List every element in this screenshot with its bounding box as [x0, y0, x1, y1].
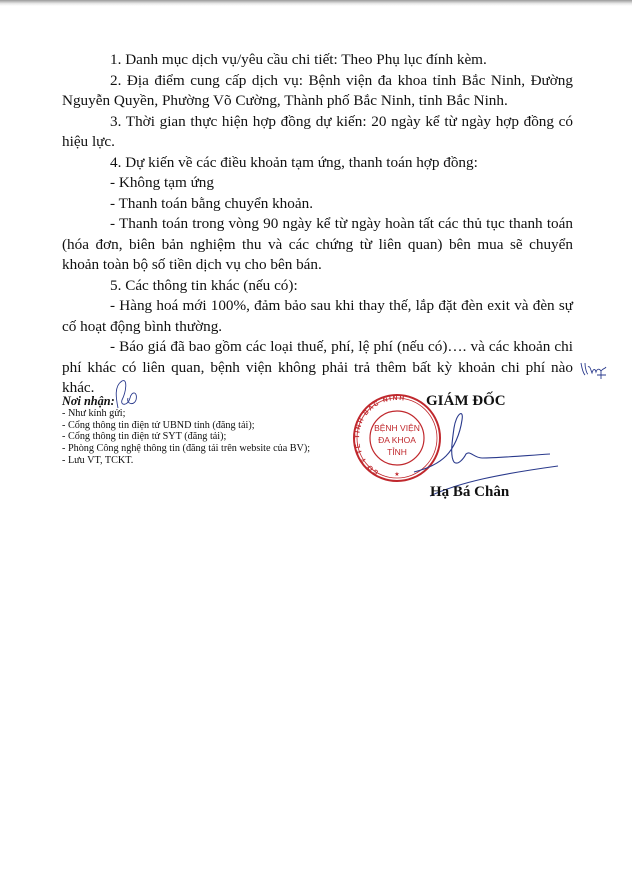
initial-stroke — [581, 363, 606, 379]
signature-block: SỞ Y TẾ TỈNH BẮC NINH BỆNH VIỆN ĐA KHOA … — [330, 388, 560, 503]
recipient-item: - Phòng Công nghệ thông tin (đăng tải tr… — [62, 443, 362, 455]
signer-name: Hạ Bá Chân — [430, 484, 509, 501]
payment-within-90-days: - Thanh toán trong vòng 90 ngày kể từ ng… — [62, 214, 573, 276]
initial-signature-icon — [579, 359, 609, 381]
item-5-other-info: 5. Các thông tin khác (nếu có): — [62, 276, 573, 297]
page-top-shadow — [0, 0, 632, 6]
item-4-payment-terms: 4. Dự kiến về các điều khoản tạm ứng, th… — [62, 153, 573, 174]
seal-center-line: TỈNH — [387, 446, 407, 457]
payment-bank-transfer: - Thanh toán bằng chuyển khoản. — [62, 194, 573, 215]
item-3-contract-duration: 3. Thời gian thực hiện hợp đồng dự kiến:… — [62, 112, 573, 153]
goods-new-100: - Hàng hoá mới 100%, đảm bảo sau khi tha… — [62, 296, 573, 337]
recipient-item: - Lưu VT, TCKT. — [62, 455, 362, 467]
svg-text:★: ★ — [394, 471, 399, 478]
recipient-item: - Như kính gửi; — [62, 408, 362, 420]
item-1-service-list: 1. Danh mục dịch vụ/yêu cầu chi tiết: Th… — [62, 50, 573, 71]
recipient-item: - Cổng thông tin điện tử SYT (đăng tải); — [62, 431, 362, 443]
document-body: 1. Danh mục dịch vụ/yêu cầu chi tiết: Th… — [62, 50, 573, 399]
payment-no-advance: - Không tạm ứng — [62, 173, 573, 194]
recipients-block: Nơi nhận: - Như kính gửi; - Cổng thông t… — [62, 394, 362, 467]
recipients-title: Nơi nhận: — [62, 394, 362, 408]
recipient-item: - Cổng thông tin điện tử UBND tỉnh (đăng… — [62, 420, 362, 432]
item-2-service-location: 2. Địa điểm cung cấp dịch vụ: Bệnh viện … — [62, 71, 573, 112]
